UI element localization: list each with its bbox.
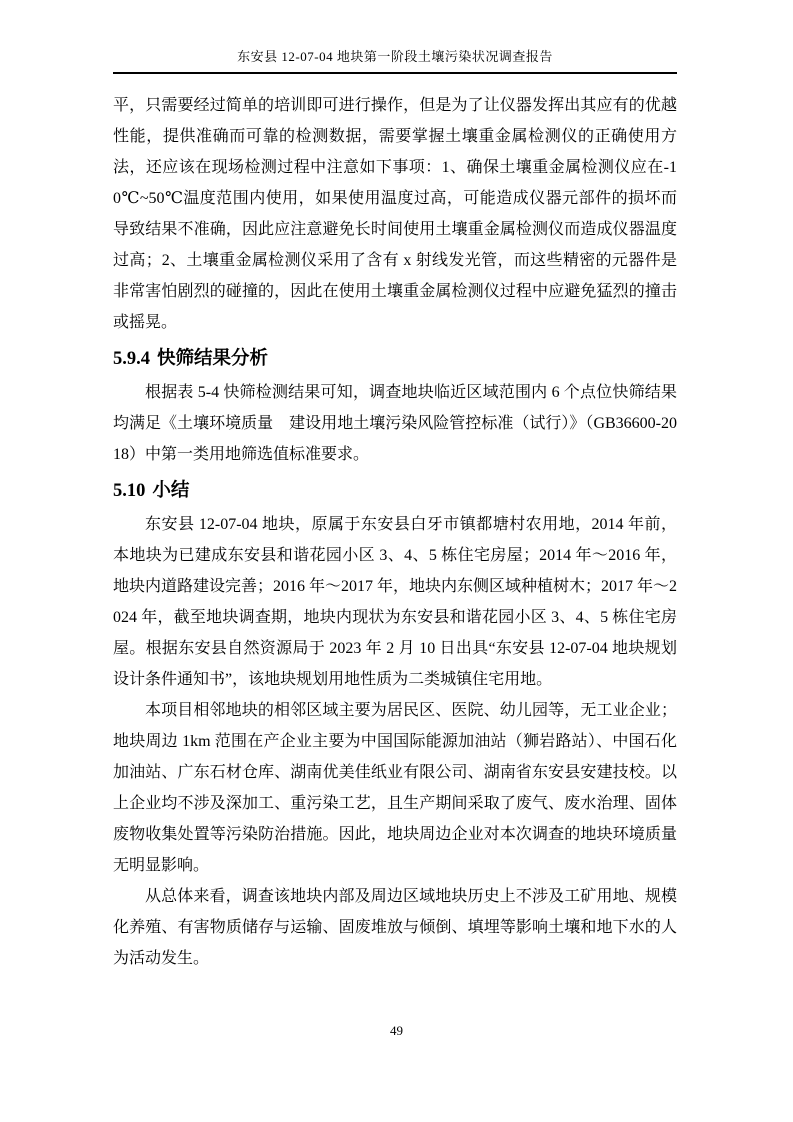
section-title: 小结 [152, 479, 189, 500]
document-page: 东安县 12-07-04 地块第一阶段土壤污染状况调查报告 平，只需要经过简单的… [0, 0, 793, 1122]
section-title: 快筛结果分析 [157, 347, 268, 368]
section-number: 5.9.4 [113, 349, 150, 369]
report-title: 东安县 12-07-04 地块第一阶段土壤污染状况调查报告 [237, 49, 553, 64]
page-body: 平，只需要经过简单的培训即可进行操作，但是为了让仪器发挥出其应有的优越性能，提供… [113, 74, 677, 974]
section-heading-5-10: 5.10小结 [113, 477, 677, 504]
section-number: 5.10 [113, 481, 145, 501]
page-number: 49 [390, 1023, 403, 1038]
page-header: 东安县 12-07-04 地块第一阶段土壤污染状况调查报告 [113, 0, 677, 74]
paragraph-instrument-usage-continuation: 平，只需要经过简单的培训即可进行操作，但是为了让仪器发挥出其应有的优越性能，提供… [113, 90, 677, 338]
page-footer: 49 [0, 1022, 793, 1040]
paragraph-overall-conclusion: 从总体来看，调查该地块内部及周边区域地块历史上不涉及工矿用地、规模化养殖、有害物… [113, 881, 677, 974]
paragraph-quick-screen-result: 根据表 5-4 快筛检测结果可知，调查地块临近区域范围内 6 个点位快筛结果均满… [113, 377, 677, 470]
paragraph-surrounding-enterprises: 本项目相邻地块的相邻区域主要为居民区、医院、幼儿园等，无工业企业；地块周边 1k… [113, 695, 677, 881]
section-heading-5-9-4: 5.9.4快筛结果分析 [113, 345, 677, 372]
paragraph-plot-history: 东安县 12-07-04 地块，原属于东安县白牙市镇都塘村农用地，2014 年前… [113, 509, 677, 695]
